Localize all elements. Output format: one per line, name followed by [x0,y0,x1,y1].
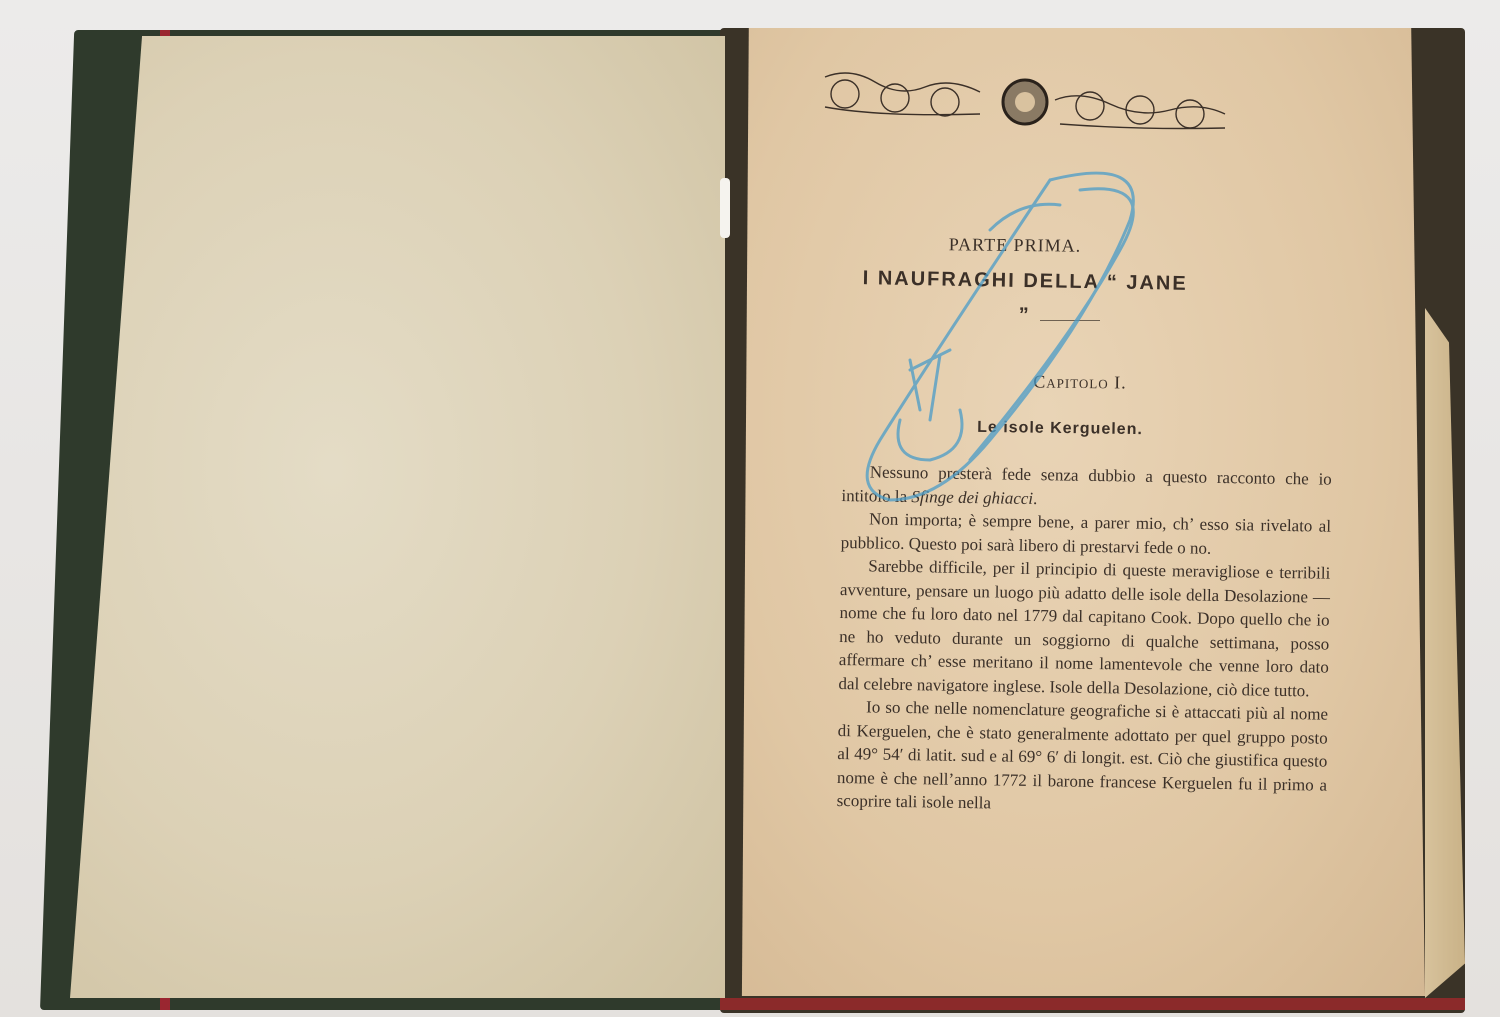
blue-crayon-signature-icon [850,160,1180,530]
right-cover-red-edge [720,998,1465,1010]
paragraph: Sarebbe difficile, per il principio di q… [838,554,1330,703]
left-endpaper [70,36,725,998]
spine-thread [720,178,730,238]
paragraph: Io so che nelle nomenclature geografiche… [836,695,1328,820]
ornament-headpiece-icon [820,62,1230,132]
